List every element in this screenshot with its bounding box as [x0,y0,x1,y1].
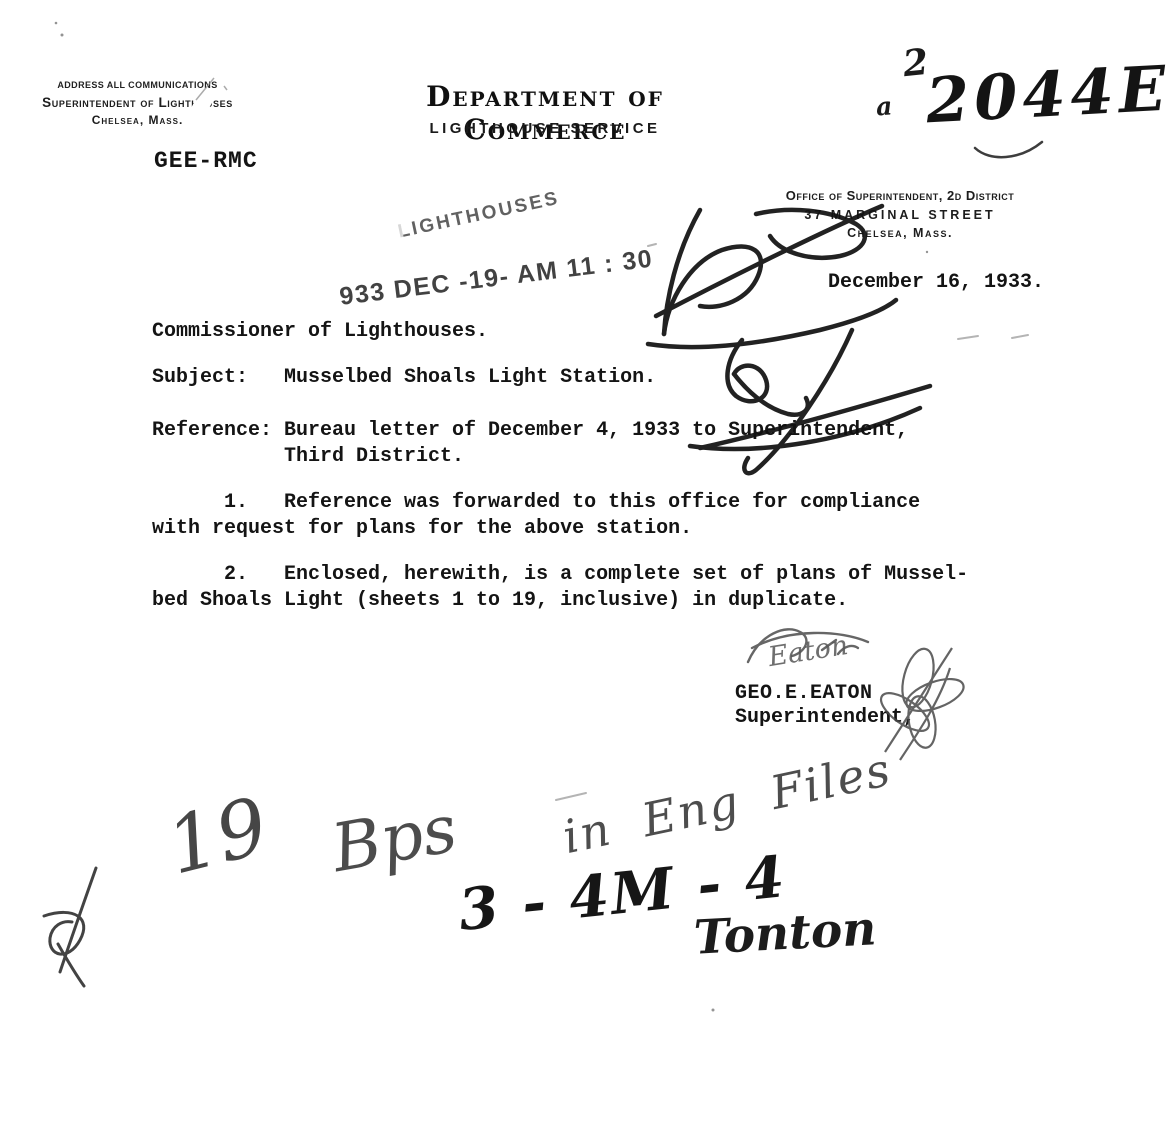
file-code: GEE-RMC [154,148,258,174]
office-address-block: Office of Superintendent, 2d District 37… [760,188,1040,240]
typed-line-para1-2: with request for plans for the above sta… [152,517,692,540]
letter-date: December 16, 1933. [828,271,1044,294]
typed-line-para1-1: 1. Reference was forwarded to this offic… [152,491,920,514]
typed-line-commissioner: Commissioner of Lighthouses. [152,320,488,343]
letterhead-address-note: ADDRESS ALL COMMUNICATIONS [35,80,240,90]
handwritten-signature: Eaton [766,630,850,673]
pencil-note-word: Bps [326,790,462,887]
pencil-note-number: 19 [159,781,277,892]
scanned-letter-page: ADDRESS ALL COMMUNICATIONS Superintenden… [0,0,1166,1146]
signature-name: GEO.E.EATON [735,682,873,705]
office-line1: Office of Superintendent, 2d District [760,188,1040,203]
typed-line-subject: Subject: Musselbed Shoals Light Station. [152,366,656,389]
typed-line-para2-1: 2. Enclosed, herewith, is a complete set… [152,563,968,586]
pencil-note-rest: in Eng Files [558,742,896,864]
received-stamp-office: LIGHTHOUSES [396,188,562,244]
service-subtitle: LIGHTHOUSE SERVICE [360,120,730,137]
letterhead-chelsea: Chelsea, Mass. [35,113,240,127]
pencil-underline-swoosh [975,142,1042,157]
typed-line-reference-1: Reference: Bureau letter of December 4, … [152,419,908,442]
file-number-main: 2044E [924,52,1166,138]
pencil-note-line3: Tonton [693,901,878,965]
received-stamp-datetime: 933 DEC -19- AM 11 : 30 [338,245,655,312]
typed-line-reference-2: Third District. [152,445,464,468]
typed-line-para2-2: bed Shoals Light (sheets 1 to 19, inclus… [152,589,848,612]
pencil-flower-doodle [875,645,967,760]
office-line2: 37 MARGINAL STREET [760,208,1040,222]
signature-title: Superintendent, [735,706,915,729]
file-number-prefix: a [875,91,893,121]
pencil-check-mark [44,868,96,986]
office-line3: Chelsea, Mass. [760,226,1040,240]
